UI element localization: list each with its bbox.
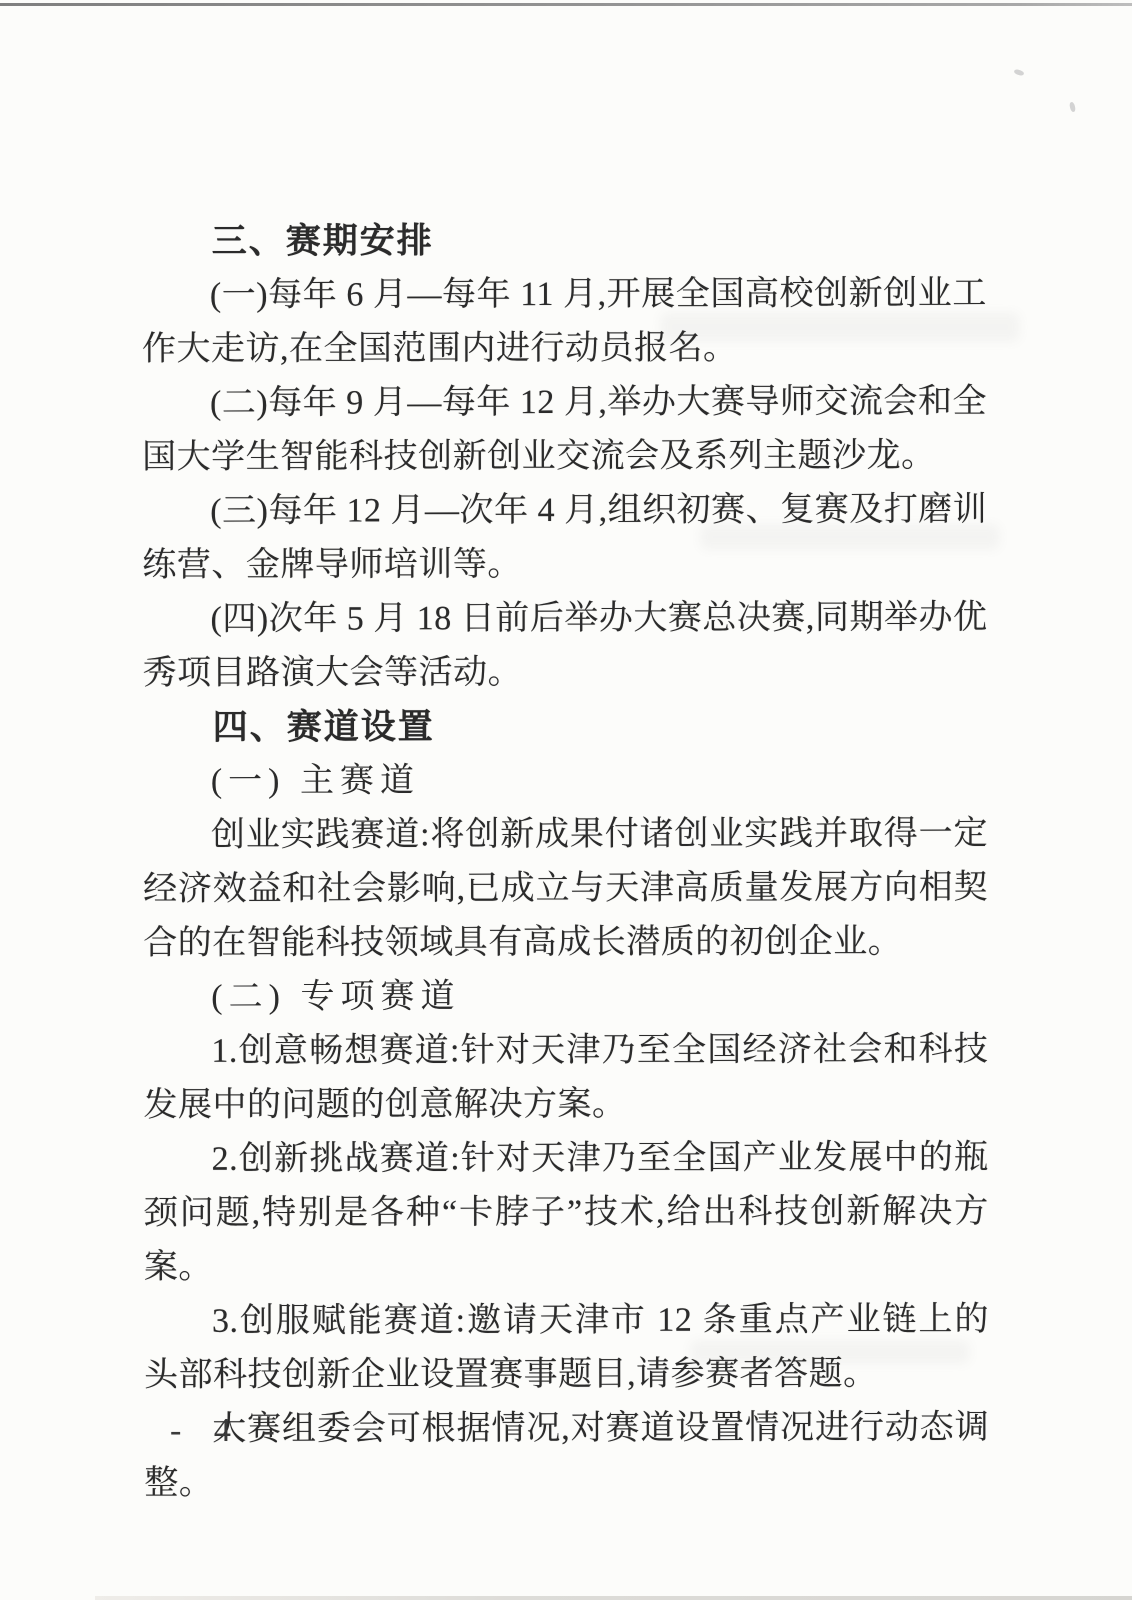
paragraph-schedule-item-1: (一)每年 6 月—每年 11 月,开展全国高校创新创业工作大走访,在全国范围内…	[142, 267, 987, 377]
document-body: 三、赛期安排 (一)每年 6 月—每年 11 月,开展全国高校创新创业工作大走访…	[142, 213, 990, 1511]
paragraph-schedule-item-2: (二)每年 9 月—每年 12 月,举办大赛导师交流会和全国大学生智能科技创新创…	[142, 375, 987, 485]
subheading-main-track: (一) 主赛道	[143, 753, 988, 809]
paragraph-special-track-1: 1.创意畅想赛道:针对天津乃至全国经济社会和科技发展中的问题的创意解决方案。	[143, 1023, 988, 1133]
paragraph-schedule-item-4: (四)次年 5 月 18 日前后举办大赛总决赛,同期举办优秀项目路演大会等活动。	[142, 591, 987, 701]
heading-section-4-tracks: 四、赛道设置	[143, 699, 988, 755]
paragraph-main-track-desc: 创业实践赛道:将创新成果付诸创业实践并取得一定经济效益和社会影响,已成立与天津高…	[143, 807, 988, 971]
heading-section-3-schedule: 三、赛期安排	[142, 213, 987, 269]
scan-bottom-edge	[95, 1596, 1132, 1600]
subheading-special-tracks: (二) 专项赛道	[143, 969, 988, 1025]
paragraph-schedule-item-3: (三)每年 12 月—次年 4 月,组织初赛、复赛及打磨训练营、金牌导师培训等。	[142, 483, 987, 593]
scan-speck	[1013, 69, 1024, 77]
paragraph-special-track-2: 2.创新挑战赛道:针对天津乃至全国产业发展中的瓶颈问题,特别是各种“卡脖子”技术…	[144, 1131, 989, 1295]
scan-speck	[1069, 102, 1076, 113]
document-page: 三、赛期安排 (一)每年 6 月—每年 11 月,开展全国高校创新创业工作大走访…	[0, 0, 1132, 1600]
paragraph-special-track-3: 3.创服赋能赛道:邀请天津市 12 条重点产业链上的头部科技创新企业设置赛事题目…	[144, 1293, 989, 1403]
scan-top-edge	[0, 3, 1132, 6]
page-number: - 4 -	[170, 1412, 287, 1450]
